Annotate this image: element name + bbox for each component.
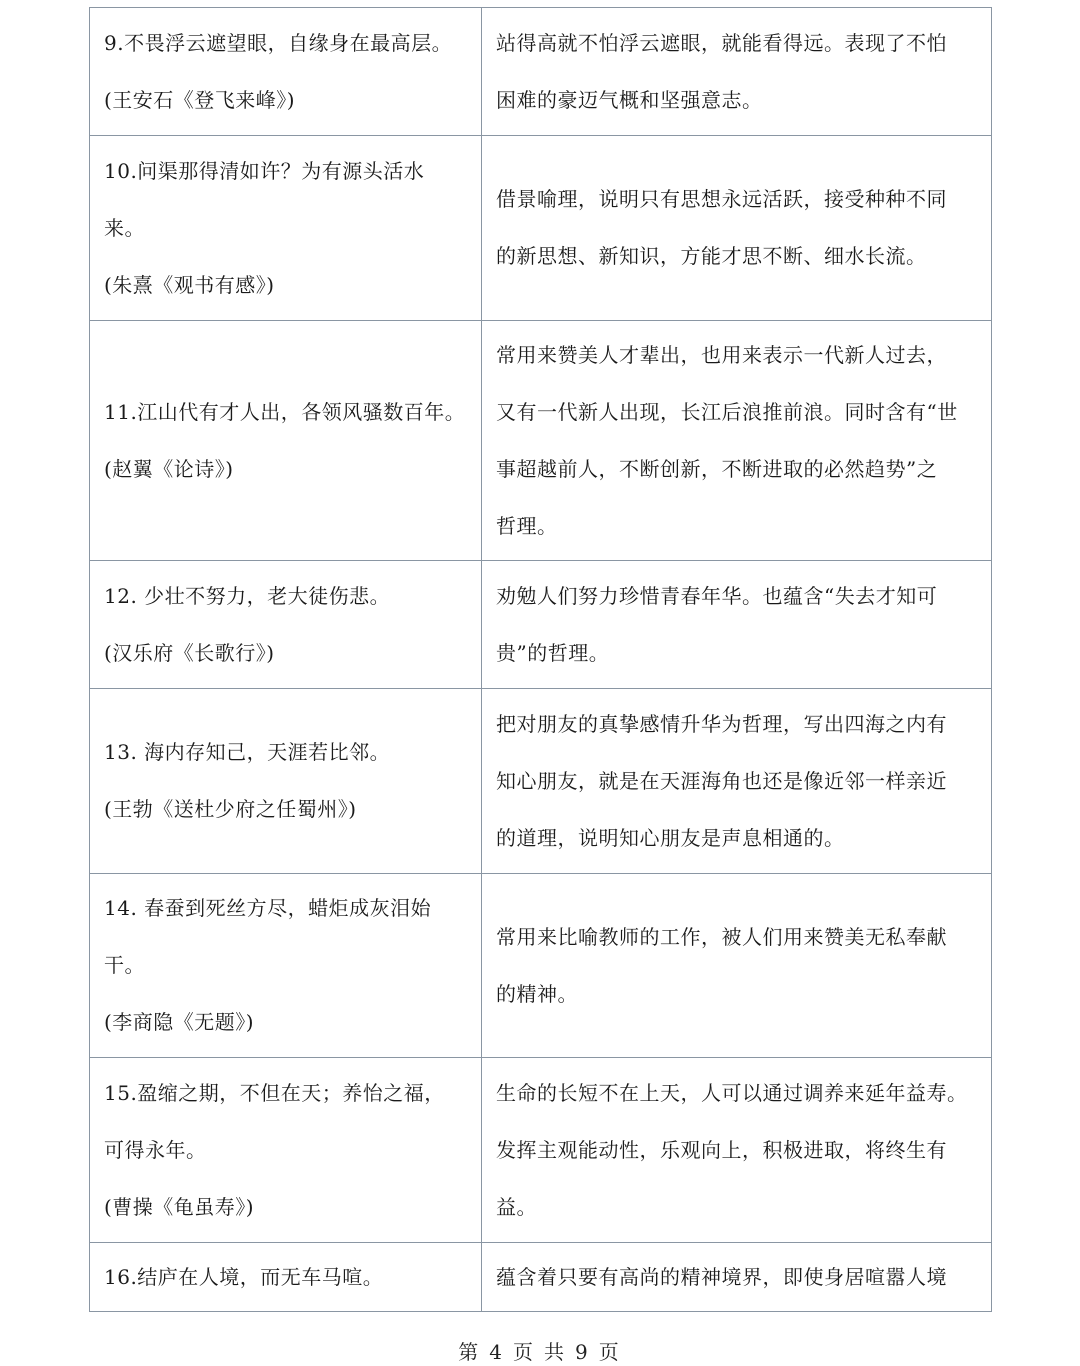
quote-cell: 9.不畏浮云遮望眼，自缘身在最高层。 (王安石《登飞来峰》) [90,8,482,136]
explanation-line: 发挥主观能动性，乐观向上，积极进取，将终生有 [496,1122,979,1179]
quote-source: (王勃《送杜少府之任蜀州》) [104,781,469,838]
quote-cell: 13. 海内存知己，天涯若比邻。 (王勃《送杜少府之任蜀州》) [90,689,482,874]
quote-line: 可得永年。 [104,1122,469,1179]
quote-source: (汉乐府《长歌行》) [104,625,469,682]
quote-line: 16.结庐在人境，而无车马喧。 [104,1249,469,1306]
quote-source: (赵翼《论诗》) [104,441,469,498]
quote-cell: 14. 春蚕到死丝方尽，蜡炬成灰泪始 干。 (李商隐《无题》) [90,874,482,1058]
explanation-cell: 借景喻理，说明只有思想永远活跃，接受种种不同 的新思想、新知识，方能才思不断、细… [482,136,992,321]
explanation-line: 知心朋友，就是在天涯海角也还是像近邻一样亲近 [496,753,979,810]
explanation-line: 劝勉人们努力珍惜青春年华。也蕴含“失去才知可 [496,568,979,625]
explanation-line: 常用来比喻教师的工作，被人们用来赞美无私奉献 [496,909,979,966]
explanation-line: 又有一代新人出现，长江后浪推前浪。同时含有“世 [496,384,979,441]
quote-source: (朱熹《观书有感》) [104,257,469,314]
table-row: 12. 少壮不努力，老大徒伤悲。 (汉乐府《长歌行》) 劝勉人们努力珍惜青春年华… [90,561,992,689]
explanation-line: 哲理。 [496,498,979,555]
quote-source: (王安石《登飞来峰》) [104,72,469,129]
table-row: 10.问渠那得清如许？为有源头活水 来。 (朱熹《观书有感》) 借景喻理，说明只… [90,136,992,321]
quote-line: 9.不畏浮云遮望眼，自缘身在最高层。 [104,15,469,72]
explanation-cell: 常用来赞美人才辈出，也用来表示一代新人过去， 又有一代新人出现，长江后浪推前浪。… [482,321,992,561]
explanation-line: 益。 [496,1179,979,1236]
page-footer: 第4页共9页 [0,1336,1080,1365]
table-row: 13. 海内存知己，天涯若比邻。 (王勃《送杜少府之任蜀州》) 把对朋友的真挚感… [90,689,992,874]
quote-line: 14. 春蚕到死丝方尽，蜡炬成灰泪始 [104,880,469,937]
explanation-line: 常用来赞美人才辈出，也用来表示一代新人过去， [496,327,979,384]
quote-line: 11.江山代有才人出，各领风骚数百年。 [104,384,469,441]
explanation-line: 困难的豪迈气概和坚强意志。 [496,72,979,129]
quote-line: 13. 海内存知己，天涯若比邻。 [104,724,469,781]
quote-cell: 15.盈缩之期，不但在天；养怡之福， 可得永年。 (曹操《龟虽寿》) [90,1058,482,1243]
page-suffix: 页 [599,1340,622,1364]
table-row: 9.不畏浮云遮望眼，自缘身在最高层。 (王安石《登飞来峰》) 站得高就不怕浮云遮… [90,8,992,136]
explanation-cell: 把对朋友的真挚感情升华为哲理，写出四海之内有 知心朋友，就是在天涯海角也还是像近… [482,689,992,874]
explanation-cell: 站得高就不怕浮云遮眼，就能看得远。表现了不怕 困难的豪迈气概和坚强意志。 [482,8,992,136]
quote-source: (李商隐《无题》) [104,994,469,1051]
quote-source: (曹操《龟虽寿》) [104,1179,469,1236]
explanation-cell: 劝勉人们努力珍惜青春年华。也蕴含“失去才知可 贵”的哲理。 [482,561,992,689]
quote-cell: 10.问渠那得清如许？为有源头活水 来。 (朱熹《观书有感》) [90,136,482,321]
table-row: 11.江山代有才人出，各领风骚数百年。 (赵翼《论诗》) 常用来赞美人才辈出，也… [90,321,992,561]
explanation-line: 生命的长短不在上天，人可以通过调养来延年益寿。 [496,1065,979,1122]
explanation-line: 事超越前人，不断创新，不断进取的必然趋势”之 [496,441,979,498]
explanation-line: 蕴含着只要有高尚的精神境界，即使身居喧嚣人境 [496,1249,979,1306]
total-pages-number: 9 [575,1340,591,1364]
explanation-line: 贵”的哲理。 [496,625,979,682]
quote-cell: 11.江山代有才人出，各领风骚数百年。 (赵翼《论诗》) [90,321,482,561]
explanation-line: 的精神。 [496,966,979,1023]
table-row: 16.结庐在人境，而无车马喧。 蕴含着只要有高尚的精神境界，即使身居喧嚣人境 [90,1243,992,1312]
page-prefix: 第 [458,1340,481,1364]
explanation-cell: 常用来比喻教师的工作，被人们用来赞美无私奉献 的精神。 [482,874,992,1058]
total-word: 共 [544,1340,567,1364]
explanation-line: 借景喻理，说明只有思想永远活跃，接受种种不同 [496,171,979,228]
quote-line: 10.问渠那得清如许？为有源头活水 [104,143,469,200]
explanation-line: 的新思想、新知识，方能才思不断、细水长流。 [496,228,979,285]
table-row: 15.盈缩之期，不但在天；养怡之福， 可得永年。 (曹操《龟虽寿》) 生命的长短… [90,1058,992,1243]
explanation-cell: 生命的长短不在上天，人可以通过调养来延年益寿。 发挥主观能动性，乐观向上，积极进… [482,1058,992,1243]
quotes-table: 9.不畏浮云遮望眼，自缘身在最高层。 (王安石《登飞来峰》) 站得高就不怕浮云遮… [89,7,992,1312]
explanation-line: 的道理，说明知心朋友是声息相通的。 [496,810,979,867]
page-word: 页 [513,1340,536,1364]
quote-cell: 16.结庐在人境，而无车马喧。 [90,1243,482,1312]
quote-line: 来。 [104,200,469,257]
quote-line: 15.盈缩之期，不但在天；养怡之福， [104,1065,469,1122]
quote-line: 12. 少壮不努力，老大徒伤悲。 [104,568,469,625]
explanation-line: 把对朋友的真挚感情升华为哲理，写出四海之内有 [496,696,979,753]
quote-cell: 12. 少壮不努力，老大徒伤悲。 (汉乐府《长歌行》) [90,561,482,689]
quote-line: 干。 [104,937,469,994]
table-row: 14. 春蚕到死丝方尽，蜡炬成灰泪始 干。 (李商隐《无题》) 常用来比喻教师的… [90,874,992,1058]
current-page-number: 4 [489,1340,505,1364]
explanation-cell: 蕴含着只要有高尚的精神境界，即使身居喧嚣人境 [482,1243,992,1312]
explanation-line: 站得高就不怕浮云遮眼，就能看得远。表现了不怕 [496,15,979,72]
